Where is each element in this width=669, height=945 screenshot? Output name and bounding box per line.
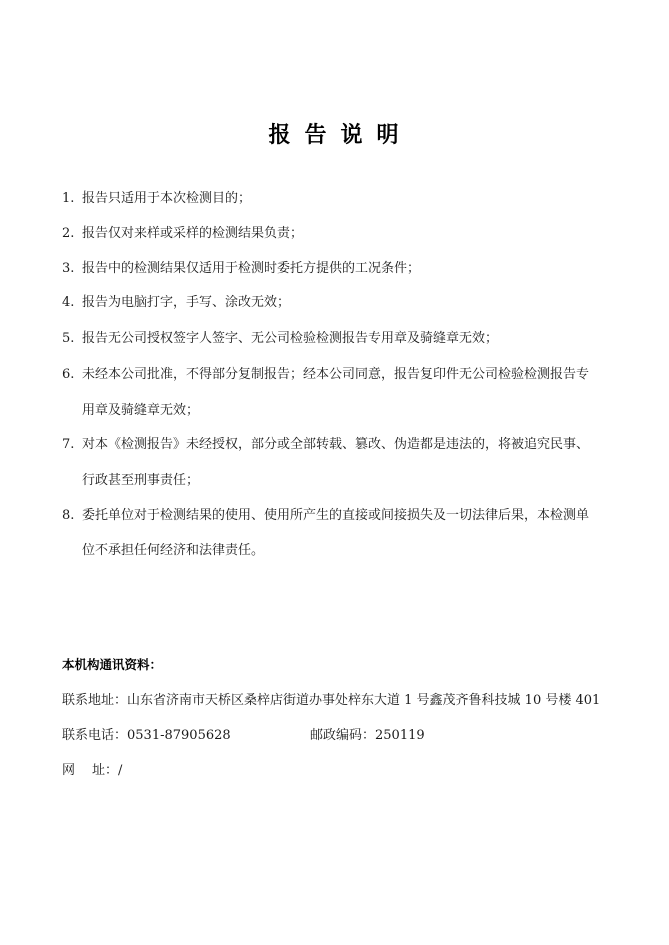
note-text: 报告无公司授权签字人签字、无公司检验检测报告专用章及骑缝章无效； [82,331,498,346]
website-value: / [118,763,122,778]
contact-phone: 联系电话：0531-87905628 [62,727,231,745]
contact-address: 联系地址：山东省济南市天桥区桑梓店街道办事处梓东大道 1 号鑫茂齐鲁科技城 10… [62,692,600,710]
note-text: 报告中的检测结果仅适用于检测时委托方提供的工况条件； [82,261,420,276]
note-text: 报告只适用于本次检测目的； [82,191,251,206]
note-item-7-continuation: 行政甚至刑事责任； [82,472,199,490]
note-item-3: 3.报告中的检测结果仅适用于检测时委托方提供的工况条件； [62,260,420,278]
note-text: 对本《检测报告》未经授权，部分或全部转载、篡改、伪造都是违法的，将被追究民事、 [82,437,589,452]
note-number: 3. [62,260,82,278]
note-item-4: 4.报告为电脑打字，手写、涂改无效； [62,294,290,312]
note-text: 报告为电脑打字，手写、涂改无效； [82,295,290,310]
note-number: 8. [62,507,82,525]
note-number: 5. [62,330,82,348]
note-number: 7. [62,436,82,454]
note-number: 4. [62,294,82,312]
note-text: 未经本公司批准，不得部分复制报告；经本公司同意，报告复印件无公司检验检测报告专 [82,367,589,382]
note-item-8: 8.委托单位对于检测结果的使用、使用所产生的直接或间接损失及一切法律后果，本检测… [62,507,589,525]
note-number: 1. [62,190,82,208]
note-item-6-continuation: 用章及骑缝章无效； [82,402,199,420]
contact-website: 网址：/ [62,762,122,780]
note-text: 报告仅对来样或采样的检测结果负责； [82,226,303,241]
contact-postal: 邮政编码：250119 [310,727,425,745]
note-item-1: 1.报告只适用于本次检测目的； [62,190,251,208]
note-item-7: 7.对本《检测报告》未经授权，部分或全部转载、篡改、伪造都是违法的，将被追究民事… [62,436,589,454]
address-label: 联系地址： [62,693,127,708]
website-label-part2: 址： [92,763,118,778]
phone-label: 联系电话： [62,728,127,743]
note-item-5: 5.报告无公司授权签字人签字、无公司检验检测报告专用章及骑缝章无效； [62,330,498,348]
note-item-6: 6.未经本公司批准，不得部分复制报告；经本公司同意，报告复印件无公司检验检测报告… [62,366,589,384]
note-number: 6. [62,366,82,384]
note-number: 2. [62,225,82,243]
address-value: 山东省济南市天桥区桑梓店街道办事处梓东大道 1 号鑫茂齐鲁科技城 10 号楼 4… [127,693,600,708]
postal-value: 250119 [375,728,425,743]
note-text: 委托单位对于检测结果的使用、使用所产生的直接或间接损失及一切法律后果，本检测单 [82,508,589,523]
postal-label: 邮政编码： [310,728,375,743]
contact-heading: 本机构通讯资料： [62,656,162,674]
note-item-2: 2.报告仅对来样或采样的检测结果负责； [62,225,303,243]
phone-value: 0531-87905628 [127,728,231,743]
website-label-part1: 网 [62,762,92,780]
page-title: 报告说明 [0,121,669,151]
note-item-8-continuation: 位不承担任何经济和法律责任。 [82,542,264,560]
